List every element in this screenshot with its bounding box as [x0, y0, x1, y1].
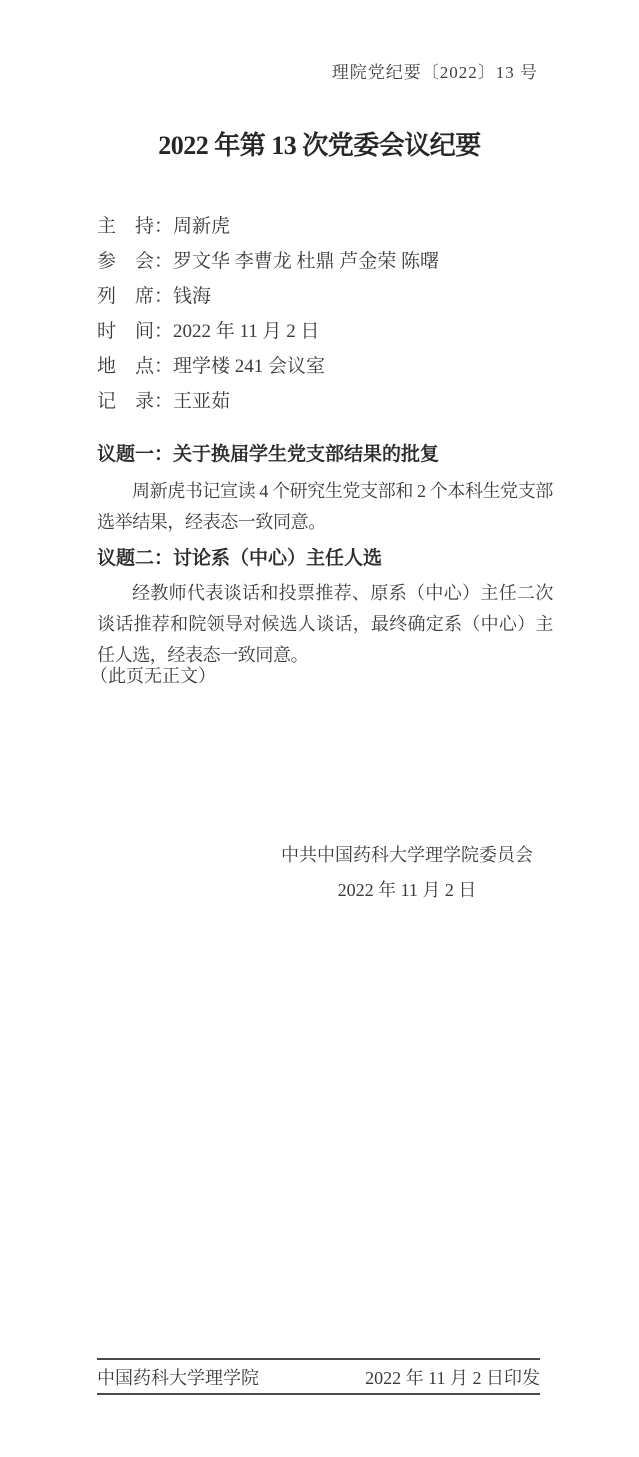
meta-row-time: 时 间：2022 年 11 月 2 日: [97, 314, 439, 349]
signature-date: 2022 年 11 月 2 日: [281, 873, 533, 908]
footer: 中国药科大学理学院 2022 年 11 月 2 日印发: [97, 1358, 540, 1395]
section-2-heading: 议题二：讨论系（中心）主任人选: [97, 547, 382, 571]
meta-value: 罗文华 李曹龙 杜鼎 芦金荣 陈曙: [173, 251, 439, 272]
meta-row-observer: 列 席：钱海: [97, 279, 439, 314]
meta-label: 时 间：: [97, 321, 173, 342]
meta-value: 周新虎: [173, 216, 230, 237]
meta-value: 2022 年 11 月 2 日: [173, 321, 320, 342]
meta-row-recorder: 记 录：王亚茹: [97, 384, 439, 419]
footer-print-date: 2022 年 11 月 2 日印发: [365, 1364, 540, 1390]
meta-value: 钱海: [173, 286, 211, 307]
section-1-body: 周新虎书记宣读 4 个研究生党支部和 2 个本科生党支部选举结果，经表态一致同意…: [97, 476, 553, 538]
meta-label: 主 持：: [97, 216, 173, 237]
signature-org: 中共中国药科大学理学院委员会: [281, 838, 533, 873]
meta-row-location: 地 点：理学楼 241 会议室: [97, 349, 439, 384]
meta-label: 记 录：: [97, 391, 173, 412]
signature-block: 中共中国药科大学理学院委员会 2022 年 11 月 2 日: [281, 838, 533, 908]
page-title: 2022 年第 13 次党委会议纪要: [0, 128, 639, 164]
meta-value: 理学楼 241 会议室: [173, 356, 325, 377]
meta-list: 主 持：周新虎 参 会：罗文华 李曹龙 杜鼎 芦金荣 陈曙 列 席：钱海 时 间…: [97, 209, 439, 419]
no-text-note: （此页无正文）: [90, 664, 216, 688]
section-1-heading: 议题一：关于换届学生党支部结果的批复: [97, 443, 439, 467]
doc-number: 理院党纪要〔2022〕13 号: [332, 61, 538, 85]
meta-value: 王亚茹: [173, 391, 230, 412]
meta-label: 地 点：: [97, 356, 173, 377]
meta-row-host: 主 持：周新虎: [97, 209, 439, 244]
footer-issuer: 中国药科大学理学院: [97, 1364, 259, 1390]
meta-label: 参 会：: [97, 251, 173, 272]
section-2-body: 经教师代表谈话和投票推荐、原系（中心）主任二次谈话推荐和院领导对候选人谈话，最终…: [97, 578, 553, 671]
meta-label: 列 席：: [97, 286, 173, 307]
meta-row-attendees: 参 会：罗文华 李曹龙 杜鼎 芦金荣 陈曙: [97, 244, 439, 279]
document-page: 理院党纪要〔2022〕13 号 2022 年第 13 次党委会议纪要 主 持：周…: [0, 0, 639, 1457]
